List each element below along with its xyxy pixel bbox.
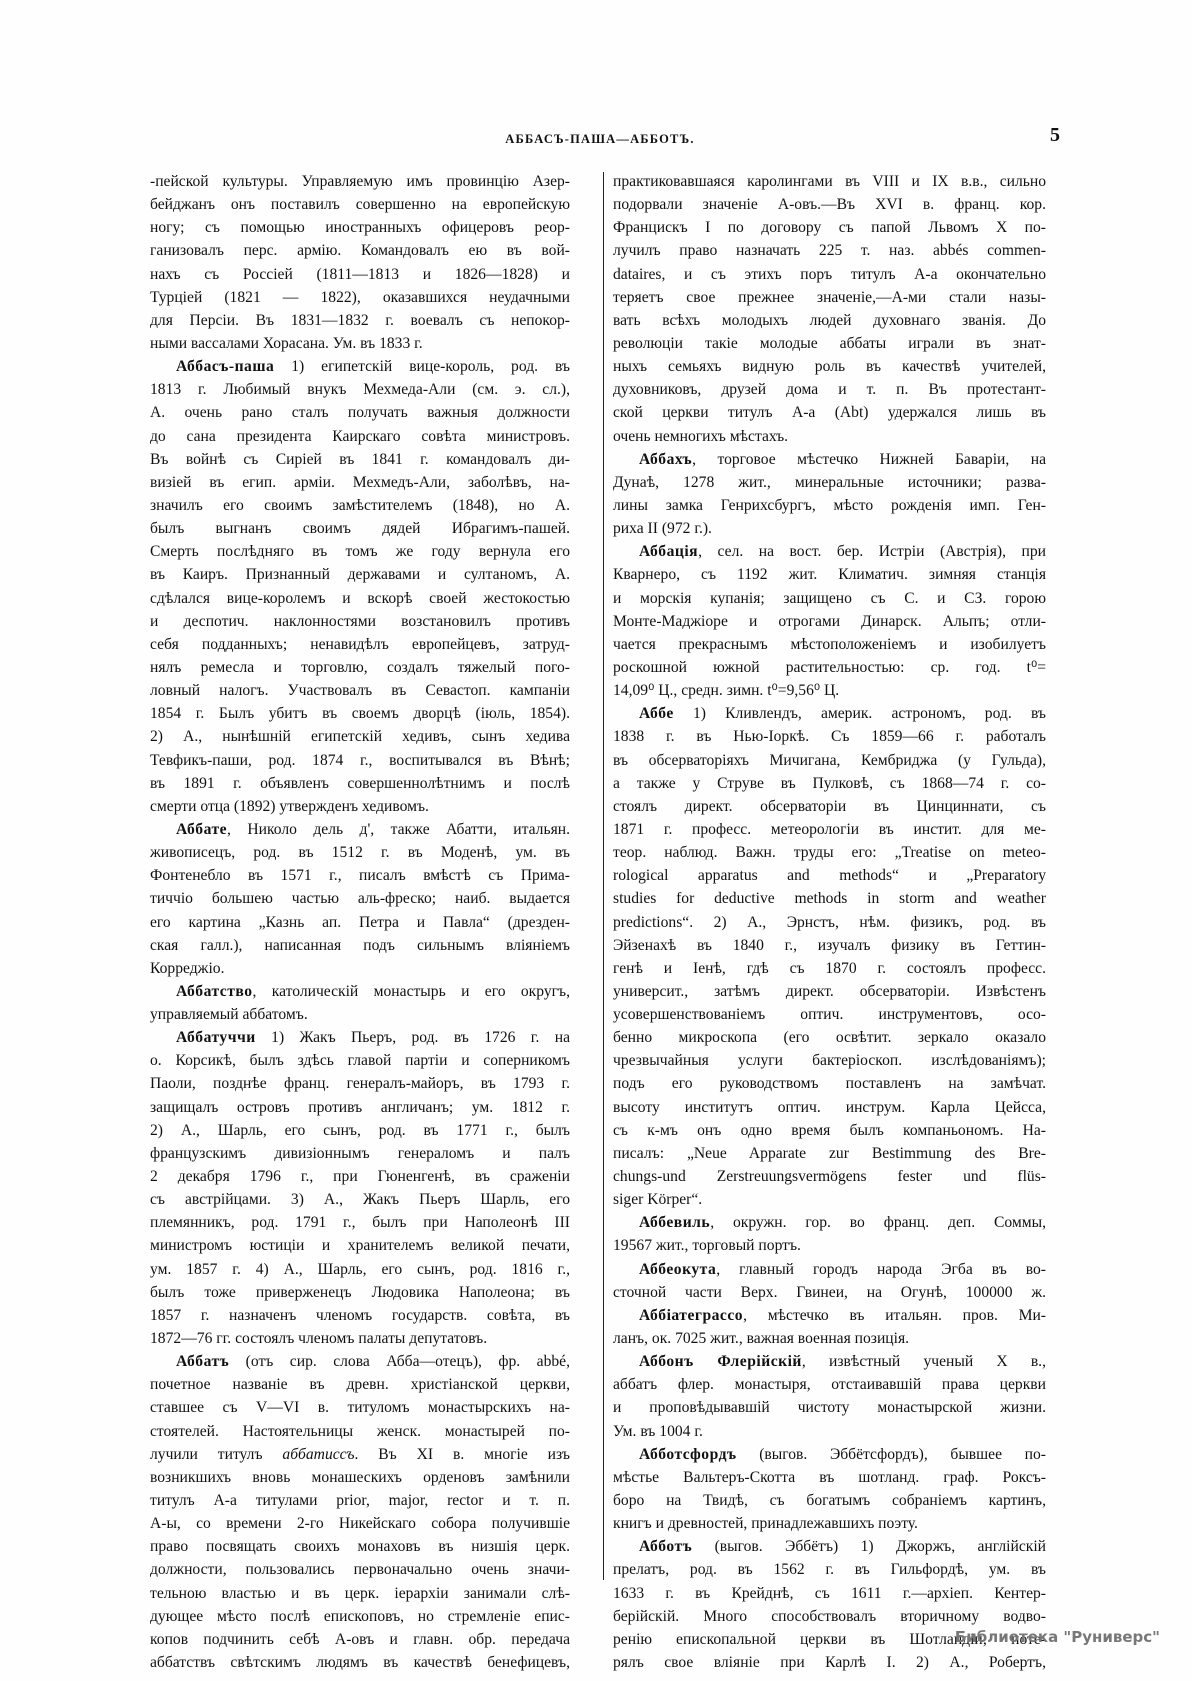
text-line: rological apparatus and methods“ и „Prep… [613, 864, 1046, 887]
line-text: Ум. въ 1004 г. [613, 1423, 703, 1440]
text-line: генѣ и Іенѣ, гдѣ съ 1870 г. состоялъ про… [613, 957, 1046, 980]
text-line: министромъ юстиціи и хранителемъ великой… [150, 1234, 570, 1257]
text-line: должности, пользовались первоначально оч… [150, 1558, 570, 1581]
line-text: , мѣстечко въ итальян. пров. Ми- [743, 1307, 1046, 1324]
text-line: почетное названіе въ древн. христіанской… [150, 1373, 570, 1396]
text-line: -пейской культуры. Управляемую имъ прови… [150, 170, 570, 193]
text-line: защищалъ островъ противъ англичанъ; ум. … [150, 1096, 570, 1119]
line-text: 2) А., Шарль, его сынъ, род. въ 1771 г.,… [150, 1122, 570, 1139]
line-text: духовниковъ, друзей дома и т. п. Въ прот… [613, 381, 1046, 398]
line-text: А. очень рано сталъ получать важныя долж… [150, 404, 570, 421]
text-line: лучили титулъ аббатиссъ. Въ XI в. многіе… [150, 1443, 570, 1466]
text-line: въ обсерваторіяхъ Мичигана, Кембриджа (у… [613, 749, 1046, 772]
line-text: ум. 1857 г. 4) А., Шарль, его сынъ, род.… [150, 1261, 570, 1278]
text-line: боро на Твидѣ, съ богатымъ собраніемъ ка… [613, 1489, 1046, 1512]
text-line: визіей въ егип. арміи. Мехмедъ-Али, забо… [150, 471, 570, 494]
page-number: 5 [1050, 124, 1060, 147]
line-text: 2 декабря 1796 г., при Гюненгенѣ, въ сра… [150, 1168, 570, 1185]
text-line: ум. 1857 г. 4) А., Шарль, его сынъ, род.… [150, 1258, 570, 1281]
line-text: ская галл.), написанная подъ сильнымъ вл… [150, 937, 570, 954]
line-text: 19567 жит., торговый портъ. [613, 1237, 801, 1254]
text-line: о. Корсикѣ, былъ здѣсь главой партіи и с… [150, 1049, 570, 1072]
line-text: смерти отца (1892) утвержденъ хедивомъ. [150, 798, 429, 815]
line-text: чрезвычайныя услуги бактеріоскоп. изслѣд… [613, 1052, 1046, 1069]
text-line: дующее мѣсто послѣ епископовъ, но стремл… [150, 1605, 570, 1628]
line-text: генѣ и Іенѣ, гдѣ съ 1870 г. состоялъ про… [613, 960, 1046, 977]
line-text: стоялъ директ. обсерваторіи въ Цинциннат… [613, 798, 1046, 815]
text-line: въ 1891 г. объявленъ совершеннолѣтнимъ и… [150, 772, 570, 795]
text-line: тельною властью и въ церк. іерархіи зани… [150, 1582, 570, 1605]
text-line: стоялъ директ. обсерваторіи въ Цинциннат… [613, 795, 1046, 818]
line-text: чается прекраснымъ мѣстоположеніемъ и из… [613, 636, 1046, 653]
entry-start-line: Абботсфордъ (выгов. Эббётсфордъ), бывшее… [613, 1443, 1046, 1466]
text-line: риха II (972 г.). [613, 517, 1046, 540]
entry-headword: Аббеокута [639, 1261, 716, 1278]
line-text: значилъ его своимъ замѣстителемъ (1848),… [150, 497, 570, 514]
text-line: былъ тоже приверженецъ Людовика Наполеон… [150, 1281, 570, 1304]
line-text: ланъ, ок. 7025 жит., важная военная пози… [613, 1330, 909, 1347]
line-text: подорвали значеніе А-овъ.—Въ XVI в. фран… [613, 196, 1046, 213]
line-text: подъ его руководствомъ поставленъ на зам… [613, 1075, 1046, 1092]
line-text: писалъ: „Neue Apparate zur Bestimmung de… [613, 1145, 1046, 1162]
line-text: а также у Струве въ Пулковѣ, съ 1868—74 … [613, 775, 1046, 792]
text-line: смерти отца (1892) утвержденъ хедивомъ. [150, 795, 570, 818]
text-line: ганизовалъ перс. армію. Командовалъ ею в… [150, 239, 570, 262]
text-line: и морскія купанія; защищено съ С. и СЗ. … [613, 587, 1046, 610]
line-text: Кварнеро, съ 1192 жит. Климатич. зимняя … [613, 566, 1046, 583]
text-line: въ Каиръ. Признанный державами и султано… [150, 563, 570, 586]
left-column: -пейской культуры. Управляемую имъ прови… [150, 170, 570, 1674]
line-text: управляемый аббатомъ. [150, 1006, 308, 1023]
page-header: АББАСЪ-ПАША—АББОТЪ. 5 [140, 124, 1060, 152]
text-line: племянникъ, род. 1791 г., былъ при Напол… [150, 1211, 570, 1234]
text-line: бейджанъ онъ поставилъ совершенно на евр… [150, 193, 570, 216]
line-text: возникшихъ вновь монашескихъ орденовъ за… [150, 1469, 570, 1486]
line-text: (выгов. Эббётсфордъ), бывшее по- [737, 1446, 1046, 1463]
line-text: право посвящать своихъ монаховъ въ низші… [150, 1538, 570, 1555]
line-text: стоятелей. Настоятельницы женск. монасты… [150, 1423, 570, 1440]
text-line: Корреджіо. [150, 957, 570, 980]
text-line: управляемый аббатомъ. [150, 1003, 570, 1026]
line-text: его картина „Казнь ап. Петра и Павла“ (д… [150, 914, 570, 931]
line-text: прелатъ, род. въ 1562 г. въ Гильфордѣ, у… [613, 1561, 1046, 1578]
text-line: 1838 г. въ Нью-Іоркѣ. Съ 1859—66 г. рабо… [613, 725, 1046, 748]
text-line: Монте-Маджіоре и отрогами Динарск. Альпъ… [613, 610, 1046, 633]
right-column: практиковавшаяся каролингами въ VIII и I… [613, 170, 1046, 1674]
line-text: о. Корсикѣ, былъ здѣсь главой партіи и с… [150, 1052, 570, 1069]
text-line: чрезвычайныя услуги бактеріоскоп. изслѣд… [613, 1049, 1046, 1072]
line-text: dataires, и съ этихъ поръ титулъ А-а око… [613, 266, 1046, 283]
line-text: А-ы, со времени 2-го Никейскаго собора п… [150, 1515, 570, 1532]
line-text: рялъ свое вліяніе при Карлѣ I. 2) А., Ро… [613, 1654, 1046, 1671]
text-line: берійскій. Много способствовалъ вторично… [613, 1605, 1046, 1628]
text-line: высоту институтъ оптич. инструм. Карла Ц… [613, 1096, 1046, 1119]
entry-start-line: Аббатъ (отъ сир. слова Абба—отецъ), фр. … [150, 1350, 570, 1373]
line-text: 1857 г. назначенъ членомъ государств. со… [150, 1307, 570, 1324]
library-watermark: Библиотека "Руниверс" [955, 1628, 1160, 1646]
line-text: живописецъ, род. въ 1512 г. въ Моденѣ, у… [150, 844, 570, 861]
line-text: практиковавшаяся каролингами въ VIII и I… [613, 173, 1046, 190]
line-text: ныхъ семьяхъ видную роль въ качествѣ учи… [613, 358, 1046, 375]
line-text: Дунаѣ, 1278 жит., минеральные источники;… [613, 474, 1046, 491]
text-line: титулъ А-а титулами prior, major, rector… [150, 1489, 570, 1512]
text-line: Эйзенахѣ въ 1840 г., изучалъ физику въ Г… [613, 934, 1046, 957]
line-text: , окружн. гор. во франц. деп. Соммы, [710, 1214, 1046, 1231]
line-text: Францискъ I по договору съ папой Львомъ … [613, 219, 1046, 236]
line-text: боро на Твидѣ, съ богатымъ собраніемъ ка… [613, 1492, 1046, 1509]
line-text: съ австрійцами. 3) А., Жакъ Пьеръ Шарль,… [150, 1191, 570, 1208]
text-line: до сана президента Каирскаго совѣта мини… [150, 425, 570, 448]
line-text: тельною властью и въ церк. іерархіи зани… [150, 1585, 570, 1602]
line-text: аббатъ флер. монастыря, отстаивавшій пра… [613, 1376, 1046, 1393]
text-line: siger Körper“. [613, 1188, 1046, 1211]
text-line: прелатъ, род. въ 1562 г. въ Гильфордѣ, у… [613, 1558, 1046, 1581]
text-line: мѣстье Вальтеръ-Скотта въ шотланд. граф.… [613, 1466, 1046, 1489]
text-line: 2) А., нынѣшній египетскій хедивъ, сынъ … [150, 725, 570, 748]
entry-start-line: Аббонъ Флерійскій, извѣстный ученый X в.… [613, 1350, 1046, 1373]
line-text: 1872—76 гг. состоялъ членомъ палаты депу… [150, 1330, 487, 1347]
text-line: 1872—76 гг. состоялъ членомъ палаты депу… [150, 1327, 570, 1350]
line-text: и деспотич. наклонностями возстановилъ п… [150, 613, 570, 630]
text-line: chungs-und Zerstreuungsvermögens fester … [613, 1165, 1046, 1188]
line-text: былъ тоже приверженецъ Людовика Наполеон… [150, 1284, 570, 1301]
line-text: chungs-und Zerstreuungsvermögens fester … [613, 1168, 1046, 1185]
text-line: ными вассалами Хорасана. Ум. въ 1833 г. [150, 332, 570, 355]
line-text: ганизовалъ перс. армію. Командовалъ ею в… [150, 242, 570, 259]
line-text: лучилъ право назначать 225 т. наз. abbés… [613, 242, 1046, 259]
line-text: тиччіо большею частью аль-фреско; наиб. … [150, 890, 570, 907]
line-text: 14,09⁰ Ц., средн. зимн. t⁰=9,56⁰ Ц. [613, 682, 839, 699]
line-text: лины замка Генрихсбургъ, мѣсто рожденія … [613, 497, 1046, 514]
line-text: 1) Кливлендъ, америк. астрономъ, род. въ [674, 705, 1046, 722]
line-text: Смерть послѣдняго въ томъ же году вернул… [150, 543, 570, 560]
line-text: роскошной южной растительностью: ср. год… [613, 659, 1046, 676]
text-line: былъ выгнанъ своимъ дядей Ибрагимъ-пашей… [150, 517, 570, 540]
text-line: нялъ ремесла и торговлю, создалъ тяжелый… [150, 656, 570, 679]
text-line: подъ его руководствомъ поставленъ на зам… [613, 1072, 1046, 1095]
text-line: его картина „Казнь ап. Петра и Павла“ (д… [150, 911, 570, 934]
entry-headword: Аббе [639, 705, 674, 722]
line-text: мѣстье Вальтеръ-Скотта въ шотланд. граф.… [613, 1469, 1046, 1486]
line-text: ногу; съ помощью иностранныхъ офицеровъ … [150, 219, 570, 236]
text-line: съ к-мъ онъ одно время былъ компаньономъ… [613, 1119, 1046, 1142]
line-text: Корреджіо. [150, 960, 224, 977]
entry-headword: Аббіатеграссо [639, 1307, 743, 1324]
text-line: Смерть послѣдняго въ томъ же году вернул… [150, 540, 570, 563]
line-text: съ к-мъ онъ одно время былъ компаньономъ… [613, 1122, 1046, 1139]
text-line: практиковавшаяся каролингами въ VIII и I… [613, 170, 1046, 193]
text-line: Турціей (1821 — 1822), оказавшихся неуда… [150, 286, 570, 309]
text-line: лины замка Генрихсбургъ, мѣсто рожденія … [613, 494, 1046, 517]
entry-start-line: Аббація, сел. на вост. бер. Истріи (Авст… [613, 540, 1046, 563]
text-line: усовершенствованіемъ оптич. инструментов… [613, 1003, 1046, 1026]
text-line: сдѣлался вице-королемъ и вскорѣ своей же… [150, 587, 570, 610]
line-text: для Персіи. Въ 1831—1832 г. воевалъ съ н… [150, 312, 570, 329]
text-line: революціи такіе молодые аббаты играли въ… [613, 332, 1046, 355]
entry-headword: Аббатъ [176, 1353, 229, 1370]
text-line: и деспотич. наклонностями возстановилъ п… [150, 610, 570, 633]
italic-term: аббатиссъ [282, 1446, 354, 1463]
line-text: Монте-Маджіоре и отрогами Динарск. Альпъ… [613, 613, 1046, 630]
text-line: сточной части Верх. Гвинеи, на Огунѣ, 10… [613, 1281, 1046, 1304]
text-line: рялъ свое вліяніе при Карлѣ I. 2) А., Ро… [613, 1651, 1046, 1674]
text-line: dataires, и съ этихъ поръ титулъ А-а око… [613, 263, 1046, 286]
text-line: аббатствъ свѣтскимъ людямъ въ качествѣ б… [150, 1651, 570, 1674]
line-text: сточной части Верх. Гвинеи, на Огунѣ, 10… [613, 1284, 1046, 1301]
text-line: predictions“. 2) А., Эрнстъ, нѣм. физикъ… [613, 911, 1046, 934]
line-text: Тевфикъ-паши, род. 1874 г., воспитывался… [150, 752, 570, 769]
text-line: очень немногихъ мѣстахъ. [613, 425, 1046, 448]
line-text: защищалъ островъ противъ англичанъ; ум. … [150, 1099, 570, 1116]
line-text: теор. наблюд. Важн. труды его: „Treatise… [613, 844, 1046, 861]
text-line: 1854 г. Былъ убитъ въ своемъ дворцѣ (іюл… [150, 702, 570, 725]
text-line: Въ войнѣ съ Сиріей въ 1841 г. командовал… [150, 448, 570, 471]
text-line: ногу; съ помощью иностранныхъ офицеровъ … [150, 216, 570, 239]
text-line: вать всѣхъ молодыхъ людей духовнаго зван… [613, 309, 1046, 332]
line-text: титулъ А-а титулами prior, major, rector… [150, 1492, 570, 1509]
text-line: Францискъ I по договору съ папой Львомъ … [613, 216, 1046, 239]
line-text: въ Каиръ. Признанный державами и султано… [150, 566, 570, 583]
line-text: министромъ юстиціи и хранителемъ великой… [150, 1237, 570, 1254]
text-line: бенно микроскопа (его освѣтит. зеркало о… [613, 1026, 1046, 1049]
line-text: , сел. на вост. бер. Истріи (Австрія), п… [698, 543, 1046, 560]
line-text: Паоли, позднѣе франц. генералъ-майоръ, в… [150, 1075, 570, 1092]
text-line: а также у Струве въ Пулковѣ, съ 1868—74 … [613, 772, 1046, 795]
line-text: 1838 г. въ Нью-Іоркѣ. Съ 1859—66 г. рабо… [613, 728, 1046, 745]
text-line: право посвящать своихъ монаховъ въ низші… [150, 1535, 570, 1558]
line-text: , Николо дель д', также Абатти, итальян. [227, 821, 570, 838]
column-divider [603, 172, 604, 1580]
entry-headword: Аббатство [176, 983, 253, 1000]
line-text: почетное названіе въ древн. христіанской… [150, 1376, 570, 1393]
entry-headword: Аббате [176, 821, 227, 838]
line-text: бейджанъ онъ поставилъ совершенно на евр… [150, 196, 570, 213]
line-text: былъ выгнанъ своимъ дядей Ибрагимъ-пашей… [150, 520, 570, 537]
text-line: стоятелей. Настоятельницы женск. монасты… [150, 1420, 570, 1443]
line-text: (выгов. Эббётъ) 1) Джоржъ, англійскій [692, 1538, 1046, 1555]
text-line: 1871 г. професс. метеорологіи въ инстит.… [613, 818, 1046, 841]
line-text: французскимъ дивизіоннымъ генераломъ и п… [150, 1145, 570, 1162]
text-line: возникшихъ вновь монашескихъ орденовъ за… [150, 1466, 570, 1489]
line-text: высоту институтъ оптич. инструм. Карла Ц… [613, 1099, 1046, 1116]
text-line: 1633 г. въ Крейднѣ, съ 1611 г.—архіеп. К… [613, 1582, 1046, 1605]
entry-headword: Аббасъ-паша [176, 358, 274, 375]
line-text: себя подданныхъ; ненавидѣлъ европейцевъ,… [150, 636, 570, 653]
text-line: Тевфикъ-паши, род. 1874 г., воспитывался… [150, 749, 570, 772]
line-text: бенно микроскопа (его освѣтит. зеркало о… [613, 1029, 1046, 1046]
line-text: 2) А., нынѣшній египетскій хедивъ, сынъ … [150, 728, 570, 745]
entry-start-line: Аббеокута, главный городъ народа Эгба въ… [613, 1258, 1046, 1281]
line-text: Эйзенахѣ въ 1840 г., изучалъ физику въ Г… [613, 937, 1046, 954]
text-line: 14,09⁰ Ц., средн. зимн. t⁰=9,56⁰ Ц. [613, 679, 1046, 702]
text-line: 1857 г. назначенъ членомъ государств. со… [150, 1304, 570, 1327]
text-line: себя подданныхъ; ненавидѣлъ европейцевъ,… [150, 633, 570, 656]
line-text: берійскій. Много способствовалъ вторично… [613, 1608, 1046, 1625]
entry-start-line: Аббе 1) Кливлендъ, америк. астрономъ, ро… [613, 702, 1046, 725]
line-text: нахъ съ Россіей (1811—1813 и 1826—1828) … [150, 266, 570, 283]
text-line: французскимъ дивизіоннымъ генераломъ и п… [150, 1142, 570, 1165]
text-line: роскошной южной растительностью: ср. год… [613, 656, 1046, 679]
text-line: ныхъ семьяхъ видную роль въ качествѣ учи… [613, 355, 1046, 378]
line-text: ловный налогъ. Участвовалъ въ Севастоп. … [150, 682, 570, 699]
line-text: 1813 г. Любимый внукъ Мехмеда-Али (см. э… [150, 381, 570, 398]
line-text: siger Körper“. [613, 1191, 702, 1208]
text-line: ланъ, ок. 7025 жит., важная военная пози… [613, 1327, 1046, 1350]
line-text: studies for deductive methods in storm a… [613, 890, 1046, 907]
line-text: , главный городъ народа Эгба въ во- [716, 1261, 1046, 1278]
line-text: 1633 г. въ Крейднѣ, съ 1611 г.—архіеп. К… [613, 1585, 1046, 1602]
line-text: ской церкви титулъ А-а (Abt) удержался л… [613, 404, 1046, 421]
entry-start-line: Аббіатеграссо, мѣстечко въ итальян. пров… [613, 1304, 1046, 1327]
line-text: революціи такіе молодые аббаты играли въ… [613, 335, 1046, 352]
line-text: (отъ сир. слова Абба—отецъ), фр. abbé, [229, 1353, 570, 1370]
entry-start-line: Аббасъ-паша 1) египетскій вице-король, р… [150, 355, 570, 378]
line-text: 1871 г. професс. метеорологіи въ инстит.… [613, 821, 1046, 838]
line-text: визіей въ егип. арміи. Мехмедъ-Али, забо… [150, 474, 570, 491]
entry-start-line: Аббахъ, торговое мѣстечко Нижней Баваріи… [613, 448, 1046, 471]
line-text: усовершенствованіемъ оптич. инструментов… [613, 1006, 1046, 1023]
line-text: аббатствъ свѣтскимъ людямъ въ качествѣ б… [150, 1654, 570, 1671]
text-line: ловный налогъ. Участвовалъ въ Севастоп. … [150, 679, 570, 702]
line-text: Въ войнѣ съ Сиріей въ 1841 г. командовал… [150, 451, 570, 468]
entry-start-line: Аббате, Николо дель д', также Абатти, ит… [150, 818, 570, 841]
line-text: риха II (972 г.). [613, 520, 712, 537]
text-line: аббатъ флер. монастыря, отстаивавшій пра… [613, 1373, 1046, 1396]
text-line: studies for deductive methods in storm a… [613, 887, 1046, 910]
text-line: книгъ и древностей, принадлежавшихъ поэт… [613, 1512, 1046, 1535]
line-text: rological apparatus and methods“ и „Prep… [613, 867, 1046, 884]
entry-headword: Аббонъ Флерійскій [639, 1353, 802, 1370]
line-text: Турціей (1821 — 1822), оказавшихся неуда… [150, 289, 570, 306]
text-line: теор. наблюд. Важн. труды его: „Treatise… [613, 841, 1046, 864]
entry-headword: Аббахъ [639, 451, 692, 468]
text-line: ставшее съ V—VI в. титуломъ монастырских… [150, 1396, 570, 1419]
line-text: очень немногихъ мѣстахъ. [613, 428, 788, 445]
entry-headword: Абботъ [639, 1538, 692, 1555]
line-text: predictions“. 2) А., Эрнстъ, нѣм. физикъ… [613, 914, 1046, 931]
text-line: чается прекраснымъ мѣстоположеніемъ и из… [613, 633, 1046, 656]
line-text: дующее мѣсто послѣ епископовъ, но стремл… [150, 1608, 570, 1625]
entry-start-line: Аббатство, католическій монастырь и его … [150, 980, 570, 1003]
line-text: ставшее съ V—VI в. титуломъ монастырских… [150, 1399, 570, 1416]
line-text: -пейской культуры. Управляемую имъ прови… [150, 173, 570, 190]
text-line: 2 декабря 1796 г., при Гюненгенѣ, въ сра… [150, 1165, 570, 1188]
text-line: Фонтенебло въ 1571 г., писалъ вмѣстѣ съ … [150, 864, 570, 887]
line-text: ными вассалами Хорасана. Ум. въ 1833 г. [150, 335, 423, 352]
entry-headword: Абботсфордъ [639, 1446, 737, 1463]
text-line: Ум. въ 1004 г. [613, 1420, 1046, 1443]
line-text: 1) Жакъ Пьеръ, род. въ 1726 г. на [256, 1029, 570, 1046]
text-line: съ австрійцами. 3) А., Жакъ Пьеръ Шарль,… [150, 1188, 570, 1211]
text-line: университ., затѣмъ директ. обсерваторіи.… [613, 980, 1046, 1003]
text-line: духовниковъ, друзей дома и т. п. Въ прот… [613, 378, 1046, 401]
text-line: теряетъ свое прежнее значеніе,—А-ми стал… [613, 286, 1046, 309]
line-text: въ 1891 г. объявленъ совершеннолѣтнимъ и… [150, 775, 570, 792]
text-line: А-ы, со времени 2-го Никейскаго собора п… [150, 1512, 570, 1535]
line-text: Фонтенебло въ 1571 г., писалъ вмѣстѣ съ … [150, 867, 570, 884]
text-line: и проповѣдывавшій чистоту монастырской ж… [613, 1396, 1046, 1419]
text-line: Кварнеро, съ 1192 жит. Климатич. зимняя … [613, 563, 1046, 586]
entry-start-line: Аббевиль, окружн. гор. во франц. деп. Со… [613, 1211, 1046, 1234]
line-text: нялъ ремесла и торговлю, создалъ тяжелый… [150, 659, 570, 676]
line-text: копов подчинить себѣ А-овъ и главн. обр.… [150, 1631, 570, 1648]
text-line: Дунаѣ, 1278 жит., минеральные источники;… [613, 471, 1046, 494]
text-line: копов подчинить себѣ А-овъ и главн. обр.… [150, 1628, 570, 1651]
text-line: подорвали значеніе А-овъ.—Въ XVI в. фран… [613, 193, 1046, 216]
text-line: лучилъ право назначать 225 т. наз. abbés… [613, 239, 1046, 262]
line-text: племянникъ, род. 1791 г., былъ при Напол… [150, 1214, 570, 1231]
entry-start-line: Аббатуччи 1) Жакъ Пьеръ, род. въ 1726 г.… [150, 1026, 570, 1049]
text-line: ская галл.), написанная подъ сильнымъ вл… [150, 934, 570, 957]
line-text: книгъ и древностей, принадлежавшихъ поэт… [613, 1515, 918, 1532]
line-text: и морскія купанія; защищено съ С. и СЗ. … [613, 590, 1046, 607]
text-line: живописецъ, род. въ 1512 г. въ Моденѣ, у… [150, 841, 570, 864]
text-line: тиччіо большею частью аль-фреско; наиб. … [150, 887, 570, 910]
text-line: 1813 г. Любимый внукъ Мехмеда-Али (см. э… [150, 378, 570, 401]
text-line: для Персіи. Въ 1831—1832 г. воевалъ съ н… [150, 309, 570, 332]
text-line: нахъ съ Россіей (1811—1813 и 1826—1828) … [150, 263, 570, 286]
text-line: Паоли, позднѣе франц. генералъ-майоръ, в… [150, 1072, 570, 1095]
line-text: . Въ XI в. многіе изъ [354, 1446, 570, 1463]
entry-headword: Аббація [639, 543, 698, 560]
line-text: , католическій монастырь и его округъ, [253, 983, 571, 1000]
line-text: въ обсерваторіяхъ Мичигана, Кембриджа (у… [613, 752, 1046, 769]
line-text: вать всѣхъ молодыхъ людей духовнаго зван… [613, 312, 1046, 329]
line-text: до сана президента Каирскаго совѣта мини… [150, 428, 570, 445]
line-text: лучили титулъ [150, 1446, 282, 1463]
entry-headword: Аббатуччи [176, 1029, 256, 1046]
entry-headword: Аббевиль [639, 1214, 710, 1231]
text-line: ской церкви титулъ А-а (Abt) удержался л… [613, 401, 1046, 424]
text-line: А. очень рано сталъ получать важныя долж… [150, 401, 570, 424]
line-text: сдѣлался вице-королемъ и вскорѣ своей же… [150, 590, 570, 607]
text-line: писалъ: „Neue Apparate zur Bestimmung de… [613, 1142, 1046, 1165]
line-text: , торговое мѣстечко Нижней Баваріи, на [692, 451, 1046, 468]
line-text: 1854 г. Былъ убитъ въ своемъ дворцѣ (іюл… [150, 705, 570, 722]
line-text: должности, пользовались первоначально оч… [150, 1561, 570, 1578]
running-title: АББАСЪ-ПАША—АББОТЪ. [140, 132, 1060, 147]
line-text: , извѣстный ученый X в., [802, 1353, 1046, 1370]
line-text: теряетъ свое прежнее значеніе,—А-ми стал… [613, 289, 1046, 306]
line-text: и проповѣдывавшій чистоту монастырской ж… [613, 1399, 1046, 1416]
text-line: 2) А., Шарль, его сынъ, род. въ 1771 г.,… [150, 1119, 570, 1142]
text-line: значилъ его своимъ замѣстителемъ (1848),… [150, 494, 570, 517]
line-text: 1) египетскій вице-король, род. въ [274, 358, 570, 375]
line-text: университ., затѣмъ директ. обсерваторіи.… [613, 983, 1046, 1000]
text-line: 19567 жит., торговый портъ. [613, 1234, 1046, 1257]
entry-start-line: Абботъ (выгов. Эббётъ) 1) Джоржъ, англій… [613, 1535, 1046, 1558]
